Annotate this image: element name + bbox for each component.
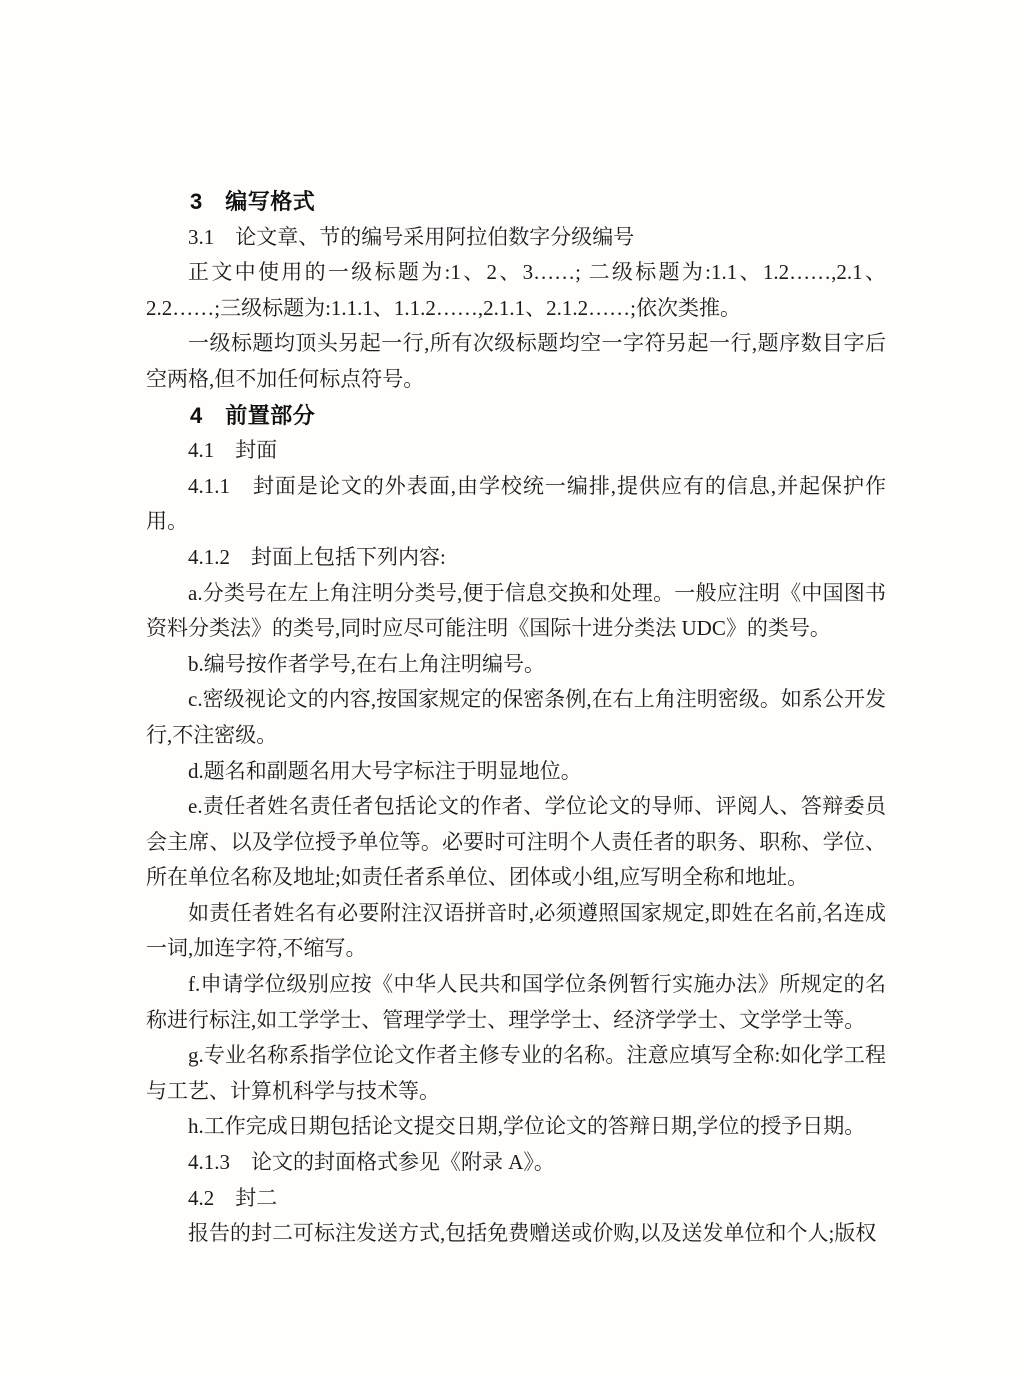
clause-paragraph: 如责任者姓名有必要附注汉语拼音时,必须遵照国家规定,即姓在名前,名连成一词,加连… bbox=[146, 896, 886, 967]
scanned-page: 3 编写格式3.1 论文章、节的编号采用阿拉伯数字分级编号正文中使用的一级标题为… bbox=[0, 0, 1024, 1379]
section-heading: 3 编写格式 bbox=[146, 184, 886, 220]
clause-paragraph: 报告的封二可标注发送方式,包括免费赠送或价购,以及送发单位和个人;版权 bbox=[146, 1216, 886, 1252]
clause-paragraph: h.工作完成日期包括论文提交日期,学位论文的答辩日期,学位的授予日期。 bbox=[146, 1109, 886, 1145]
clause-paragraph: c.密级视论文的内容,按国家规定的保密条例,在右上角注明密级。如系公开发行,不注… bbox=[146, 682, 886, 753]
clause-paragraph: 4.1.2 封面上包括下列内容: bbox=[146, 540, 886, 576]
section-heading: 4 前置部分 bbox=[146, 398, 886, 434]
clause-paragraph: 4.1.1 封面是论文的外表面,由学校统一编排,提供应有的信息,并起保护作用。 bbox=[146, 469, 886, 540]
clause-paragraph: g.专业名称系指学位论文作者主修专业的名称。注意应填写全称:如化学工程与工艺、计… bbox=[146, 1038, 886, 1109]
clause-paragraph: 一级标题均顶头另起一行,所有次级标题均空一字符另起一行,题序数目字后空两格,但不… bbox=[146, 326, 886, 397]
clause-paragraph: d.题名和副题名用大号字标注于明显地位。 bbox=[146, 754, 886, 790]
clause-paragraph: f.申请学位级别应按《中华人民共和国学位条例暂行实施办法》所规定的名称进行标注,… bbox=[146, 967, 886, 1038]
clause-paragraph: 3.1 论文章、节的编号采用阿拉伯数字分级编号 bbox=[146, 220, 886, 256]
clause-paragraph: 4.1 封面 bbox=[146, 433, 886, 469]
clause-paragraph: a.分类号在左上角注明分类号,便于信息交换和处理。一般应注明《中国图书资料分类法… bbox=[146, 576, 886, 647]
clause-paragraph: 正文中使用的一级标题为:1、2、3……; 二级标题为:1.1、1.2……,2.1… bbox=[146, 255, 886, 326]
clause-paragraph: b.编号按作者学号,在右上角注明编号。 bbox=[146, 647, 886, 683]
document-text: 3 编写格式3.1 论文章、节的编号采用阿拉伯数字分级编号正文中使用的一级标题为… bbox=[146, 184, 886, 1252]
clause-paragraph: 4.1.3 论文的封面格式参见《附录 A》。 bbox=[146, 1145, 886, 1181]
clause-paragraph: 4.2 封二 bbox=[146, 1181, 886, 1217]
clause-paragraph: e.责任者姓名责任者包括论文的作者、学位论文的导师、评阅人、答辩委员会主席、以及… bbox=[146, 789, 886, 896]
